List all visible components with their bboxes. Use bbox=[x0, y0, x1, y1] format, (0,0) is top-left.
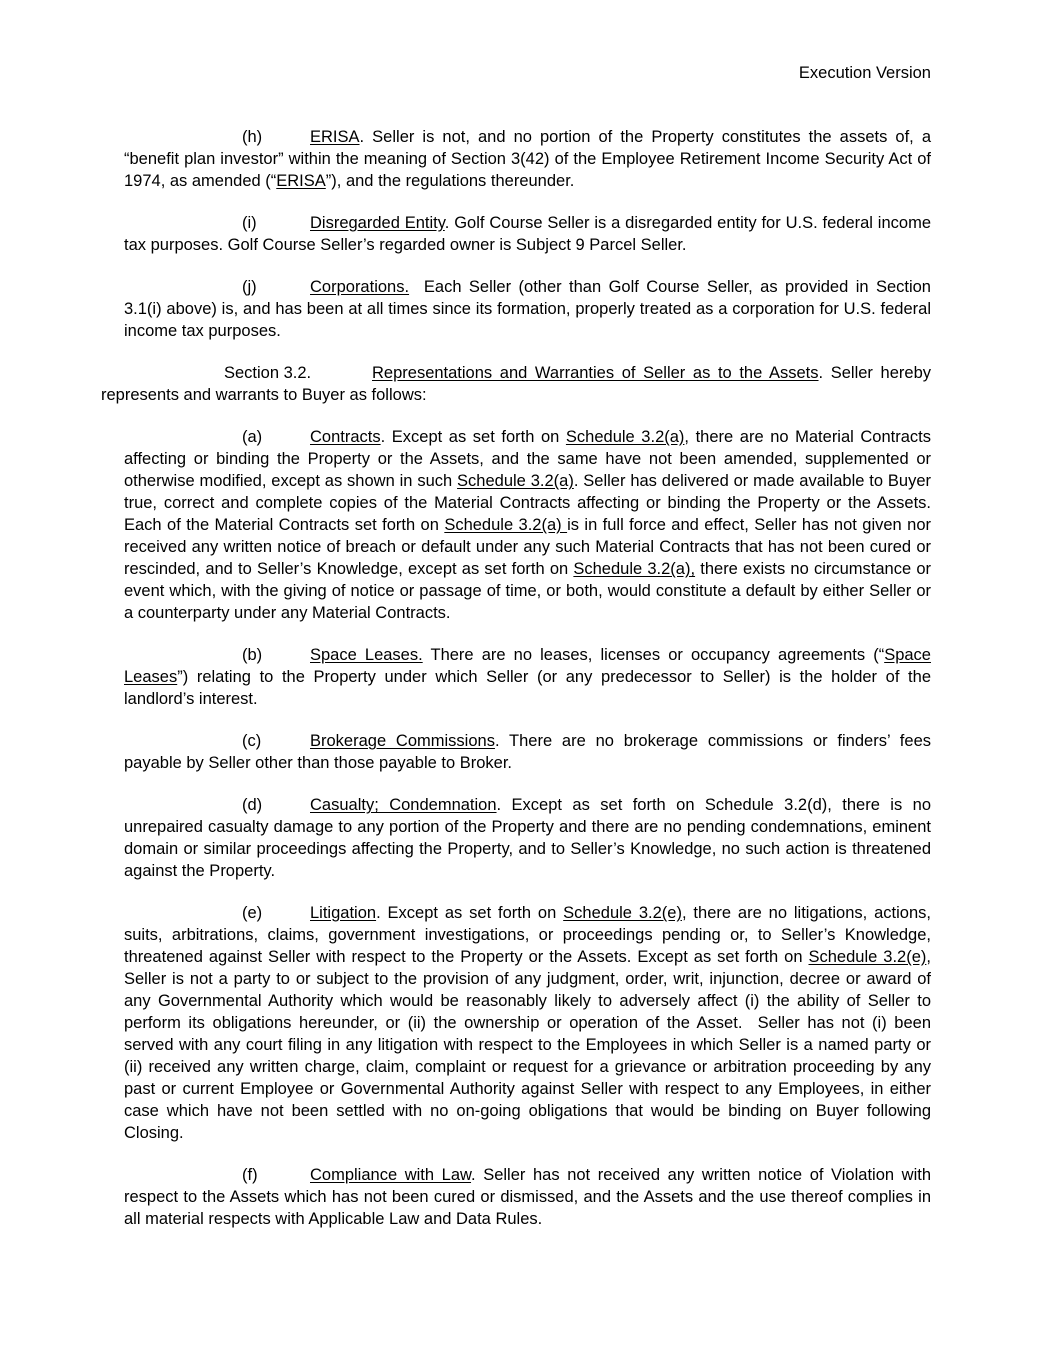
paragraph-label: (c) bbox=[242, 730, 310, 752]
paragraph-h-erisa: (h)ERISA. Seller is not, and no portion … bbox=[124, 126, 931, 192]
paragraph-section-3-2: Section 3.2.Representations and Warranti… bbox=[101, 362, 931, 406]
execution-version-label: Execution Version bbox=[799, 64, 931, 82]
paragraph-i-disregarded-entity: (i)Disregarded Entity. Golf Course Selle… bbox=[124, 212, 931, 256]
document-page: Execution Version (h)ERISA. Seller is no… bbox=[0, 0, 1055, 1230]
paragraph-label: (b) bbox=[242, 644, 310, 666]
underlined-text-run: Litigation bbox=[310, 904, 376, 922]
paragraph-d-casualty-condemnation: (d)Casualty; Condemnation. Except as set… bbox=[124, 794, 931, 882]
underlined-text-run: Schedule 3.2(e) bbox=[809, 948, 927, 966]
paragraph-c-brokerage-commissions: (c)Brokerage Commissions. There are no b… bbox=[124, 730, 931, 774]
underlined-text-run: Contracts bbox=[310, 428, 381, 446]
paragraph-text: Litigation. Except as set forth on Sched… bbox=[124, 904, 931, 1142]
text-run: There are no leases, licenses or occupan… bbox=[423, 646, 885, 664]
text-run: ”), and the regulations thereunder. bbox=[326, 172, 575, 190]
paragraph-e-litigation: (e)Litigation. Except as set forth on Sc… bbox=[124, 902, 931, 1144]
underlined-text-run: ERISA bbox=[310, 128, 360, 146]
paragraph-a-contracts: (a)Contracts. Except as set forth on Sch… bbox=[124, 426, 931, 624]
underlined-text-run: ERISA bbox=[276, 172, 326, 190]
paragraph-label: (d) bbox=[242, 794, 310, 816]
underlined-text-run: Disregarded Entity bbox=[310, 214, 445, 232]
underlined-text-run: Corporations. bbox=[310, 278, 409, 296]
text-run: , Seller is not a party to or subject to… bbox=[124, 948, 931, 1142]
underlined-text-run: Schedule 3.2(a) bbox=[566, 428, 685, 446]
underlined-text-run: Schedule 3.2(e) bbox=[563, 904, 682, 922]
paragraph-label: (e) bbox=[242, 902, 310, 924]
paragraph-label: (a) bbox=[242, 426, 310, 448]
document-header: Execution Version bbox=[101, 62, 931, 84]
underlined-text-run: Representations and Warranties of Seller… bbox=[372, 364, 819, 382]
text-run: ”) relating to the Property under which … bbox=[124, 668, 931, 708]
paragraph-j-corporations: (j)Corporations. Each Seller (other than… bbox=[124, 276, 931, 342]
underlined-text-run: Compliance with Law bbox=[310, 1166, 471, 1184]
underlined-text-run: Brokerage Commissions bbox=[310, 732, 495, 750]
underlined-text-run: Space Leases. bbox=[310, 646, 423, 664]
underlined-text-run: Schedule 3.2(a), bbox=[573, 560, 695, 578]
underlined-text-run: Schedule 3.2(a) bbox=[457, 472, 574, 490]
text-run: . Except as set forth on bbox=[376, 904, 563, 922]
underlined-text-run: Casualty; Condemnation bbox=[310, 796, 497, 814]
paragraph-label: (h) bbox=[242, 126, 310, 148]
text-run: . Except as set forth on bbox=[381, 428, 566, 446]
underlined-text-run: Schedule 3.2(a) bbox=[444, 516, 567, 534]
paragraph-f-compliance-with-law: (f)Compliance with Law. Seller has not r… bbox=[124, 1164, 931, 1230]
paragraph-b-space-leases: (b)Space Leases. There are no leases, li… bbox=[124, 644, 931, 710]
paragraph-label: (f) bbox=[242, 1164, 310, 1186]
section-number-label: Section 3.2. bbox=[224, 362, 372, 384]
paragraph-label: (j) bbox=[242, 276, 310, 298]
paragraph-label: (i) bbox=[242, 212, 310, 234]
paragraph-text: Contracts. Except as set forth on Schedu… bbox=[124, 428, 931, 622]
